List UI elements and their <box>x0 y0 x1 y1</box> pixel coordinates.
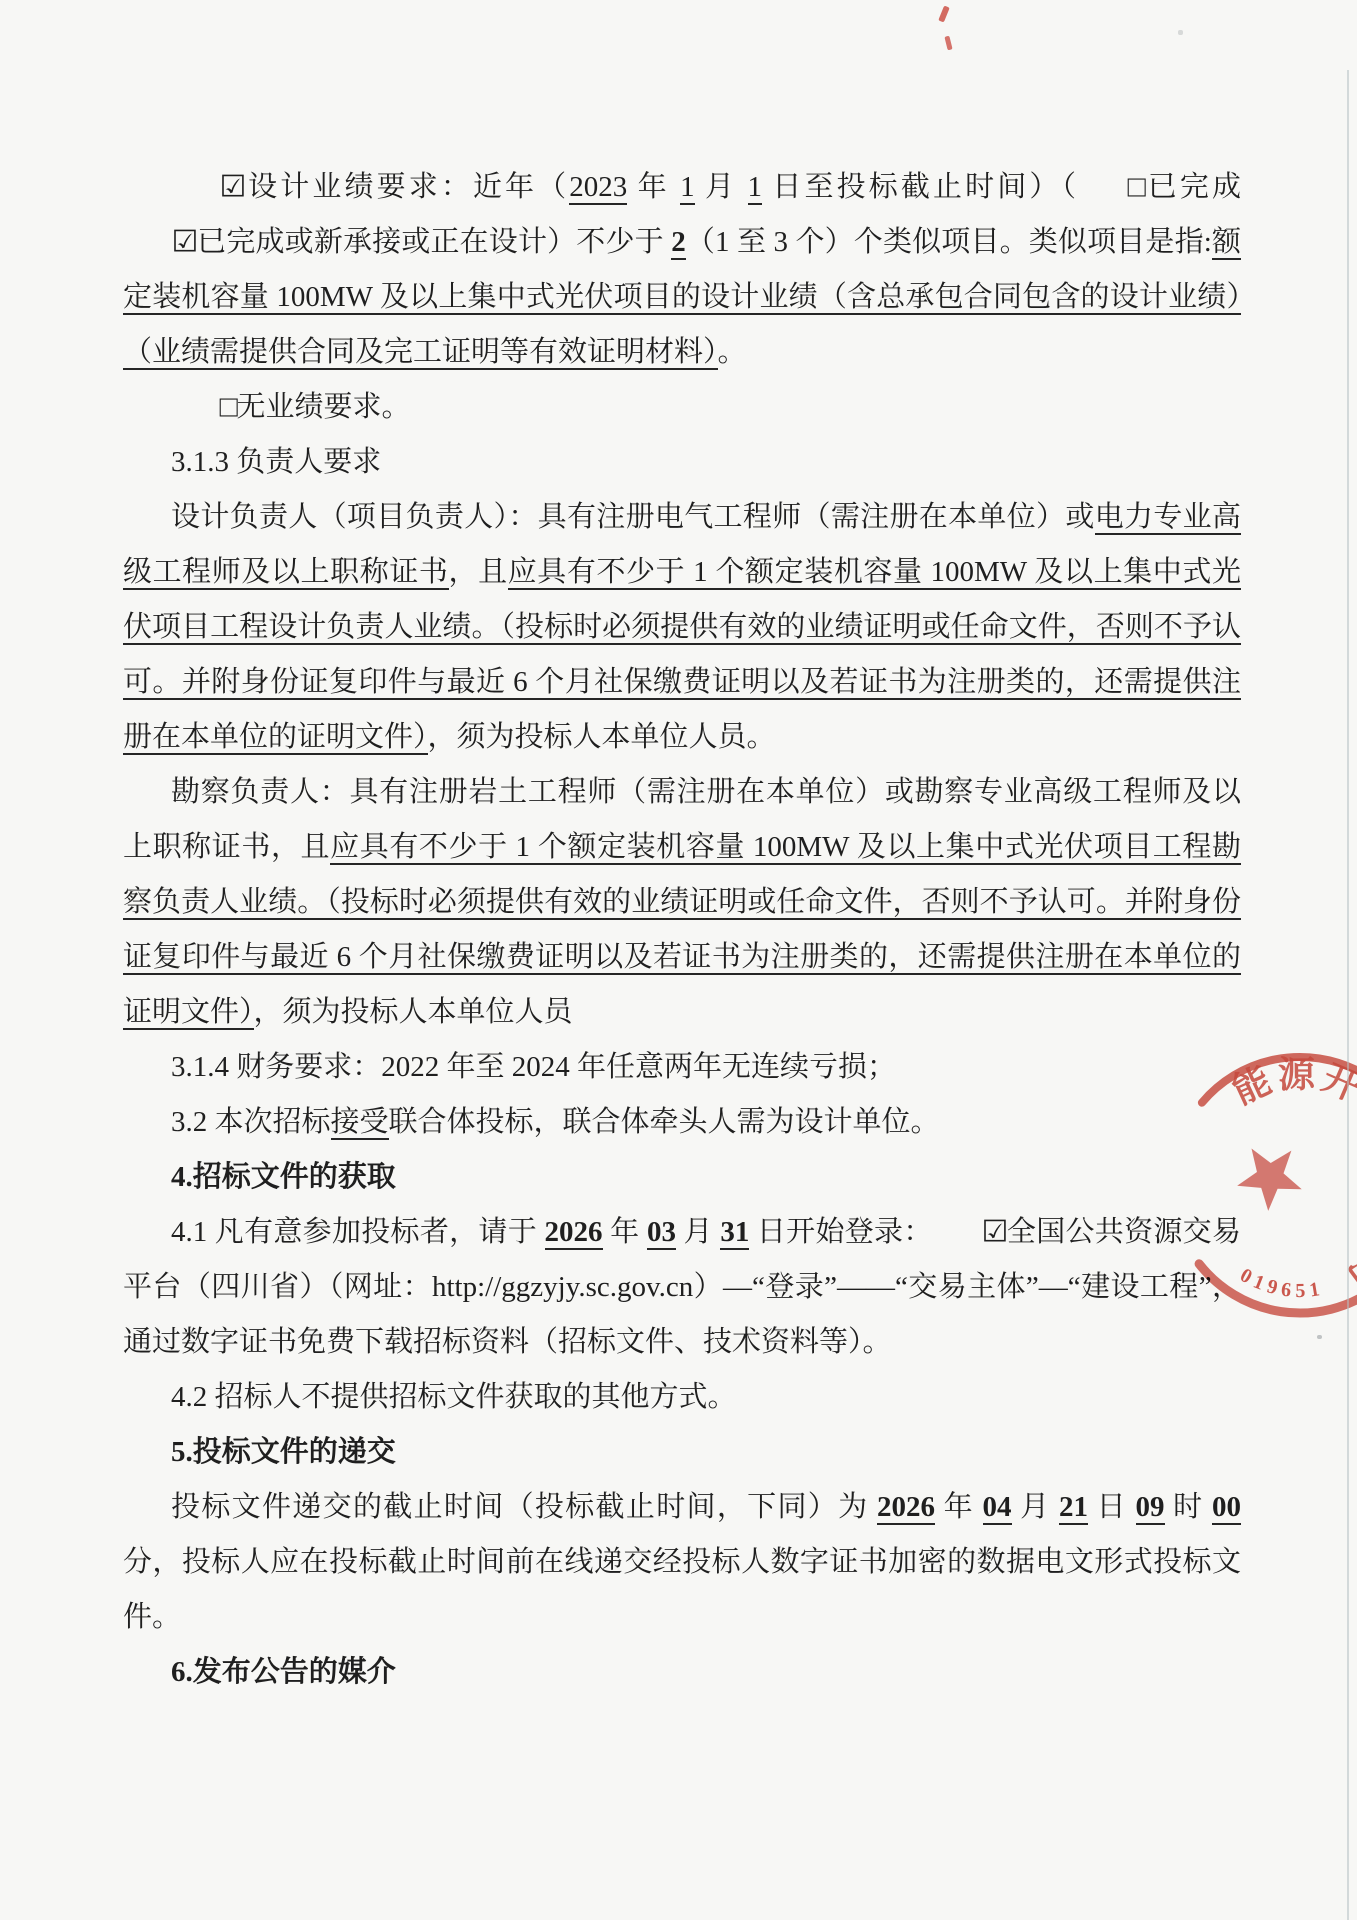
para-section-313-heading: 3.1.3 负责人要求 <box>123 435 1241 490</box>
para-financial-requirement: 3.1.4 财务要求：2022 年至 2024 年任意两年无连续亏损； <box>123 1040 1241 1095</box>
text-run: 已完成或新承接或正在设计）不少于 <box>197 226 671 258</box>
text-run: 6.发布公告的媒介 <box>171 1656 396 1688</box>
heading-section-6: 6.发布公告的媒介 <box>123 1645 1241 1700</box>
para-bid-submission-deadline: 投标文件递交的截止时间（投标截止时间，下同）为 2026 年 04 月 21 日… <box>123 1480 1241 1645</box>
text-run-underlined: 04 <box>983 1491 1012 1525</box>
gray-scan-speck <box>1317 1335 1322 1339</box>
text-run: 年 <box>627 171 680 203</box>
para-survey-leader-requirement: 勘察负责人：具有注册岩土工程师（需注册在本单位）或勘察专业高级工程师及以上职称证… <box>123 765 1241 1040</box>
text-run-underlined: 接受 <box>331 1106 389 1140</box>
text-run: 时 <box>1165 1491 1212 1523</box>
text-run: 月 <box>695 171 748 203</box>
text-run: 联合体投标，联合体牵头人需为设计单位。 <box>389 1106 940 1138</box>
checkbox-checked-icon: ☑ <box>122 214 199 271</box>
checkbox-unchecked-icon: □ <box>1078 159 1146 216</box>
text-run-underlined: 1 <box>680 171 695 205</box>
text-run: 4.2 招标人不提供招标文件获取的其他方式。 <box>171 1381 737 1413</box>
text-run: ，且 <box>449 556 508 588</box>
text-run-underlined: 00 <box>1212 1491 1241 1525</box>
text-run: 3.1.4 财务要求：2022 年至 2024 年任意两年无连续亏损； <box>171 1051 896 1083</box>
text-run-underlined: 21 <box>1059 1491 1088 1525</box>
para-design-performance-requirement: ☑设计业绩要求：近年（2023 年 1 月 1 日至投标截止时间）（□已完成 ☑… <box>123 160 1241 380</box>
text-run: 投标文件递交的截止时间（投标截止时间，下同）为 <box>171 1491 877 1523</box>
text-run: 4.招标文件的获取 <box>171 1161 396 1193</box>
checkbox-unchecked-icon: □ <box>170 379 238 436</box>
text-run: 月 <box>1012 1491 1059 1523</box>
text-run-underlined: 2023 <box>569 171 627 205</box>
text-run-underlined: 03 <box>647 1216 676 1250</box>
para-consortium-bidding: 3.2 本次招标接受联合体投标，联合体牵头人需为设计单位。 <box>123 1095 1241 1150</box>
text-run-underlined: 2026 <box>545 1216 603 1250</box>
para-obtain-documents: 4.1 凡有意参加投标者，请于 2026 年 03 月 31 日开始登录：☑全国… <box>123 1205 1241 1370</box>
text-run: 。 <box>718 336 747 368</box>
text-run: 月 <box>676 1216 720 1248</box>
text-run: 4.1 凡有意参加投标者，请于 <box>171 1216 545 1248</box>
text-run: 5.投标文件的递交 <box>171 1436 396 1468</box>
text-run: 分，投标人应在投标截止时间前在线递交经投标人数字证书加密的数据电文形式投标文件。 <box>123 1546 1241 1633</box>
text-run: 日开始登录： <box>749 1216 932 1248</box>
seal-serial-number: 019651 <box>1236 1264 1326 1302</box>
text-run: 日至投标截止时间）（ <box>762 171 1079 203</box>
company-seal-stamp: 能源开发有限公司 019651 <box>1150 1020 1357 1360</box>
faint-scan-speck <box>1178 30 1183 35</box>
para-no-other-methods: 4.2 招标人不提供招标文件获取的其他方式。 <box>123 1370 1241 1425</box>
red-ink-speck <box>938 5 950 22</box>
red-ink-speck <box>944 36 952 51</box>
text-run: ，须为投标人本单位人员 <box>254 996 573 1028</box>
text-run: ，须为投标人本单位人员。 <box>428 721 776 753</box>
text-run: 年 <box>935 1491 982 1523</box>
document-body: ☑设计业绩要求：近年（2023 年 1 月 1 日至投标截止时间）（□已完成 ☑… <box>123 160 1241 1700</box>
text-run: 设计业绩要求：近年（ <box>245 171 569 203</box>
heading-section-5: 5.投标文件的递交 <box>123 1425 1241 1480</box>
scanned-tender-document-page: { "page": { "background": "#f7f7f5", "in… <box>0 0 1357 1920</box>
text-run: 已完成 <box>1145 171 1270 203</box>
text-run: 年 <box>603 1216 647 1248</box>
text-run: 3.1.3 负责人要求 <box>171 446 381 478</box>
text-run: 设计负责人（项目负责人）：具有注册电气工程师（需注册在本单位）或 <box>171 501 1095 533</box>
checkbox-checked-icon: ☑ <box>170 159 247 216</box>
text-run: 3.2 本次招标 <box>171 1106 331 1138</box>
seal-star-icon <box>1229 1139 1305 1217</box>
text-run: 无业绩要求。 <box>237 391 411 423</box>
text-run: 日 <box>1088 1491 1135 1523</box>
scan-edge-line <box>1347 70 1349 1920</box>
text-run-underlined: 09 <box>1136 1491 1165 1525</box>
checkbox-checked-icon: ☑ <box>931 1204 1008 1261</box>
heading-section-4: 4.招标文件的获取 <box>123 1150 1241 1205</box>
text-run-underlined: 2026 <box>877 1491 935 1525</box>
text-run-underlined: 31 <box>720 1216 749 1250</box>
text-run-underlined: 2 <box>671 226 686 260</box>
seal-company-arc-text: 能源开发有限公司 <box>1226 1054 1357 1303</box>
para-design-leader-requirement: 设计负责人（项目负责人）：具有注册电气工程师（需注册在本单位）或电力专业高级工程… <box>123 490 1241 765</box>
text-run: （1 至 3 个）个类似项目。类似项目是指: <box>686 226 1212 258</box>
text-run-underlined: 1 <box>748 171 763 205</box>
para-no-performance-option: □无业绩要求。 <box>123 380 1241 435</box>
